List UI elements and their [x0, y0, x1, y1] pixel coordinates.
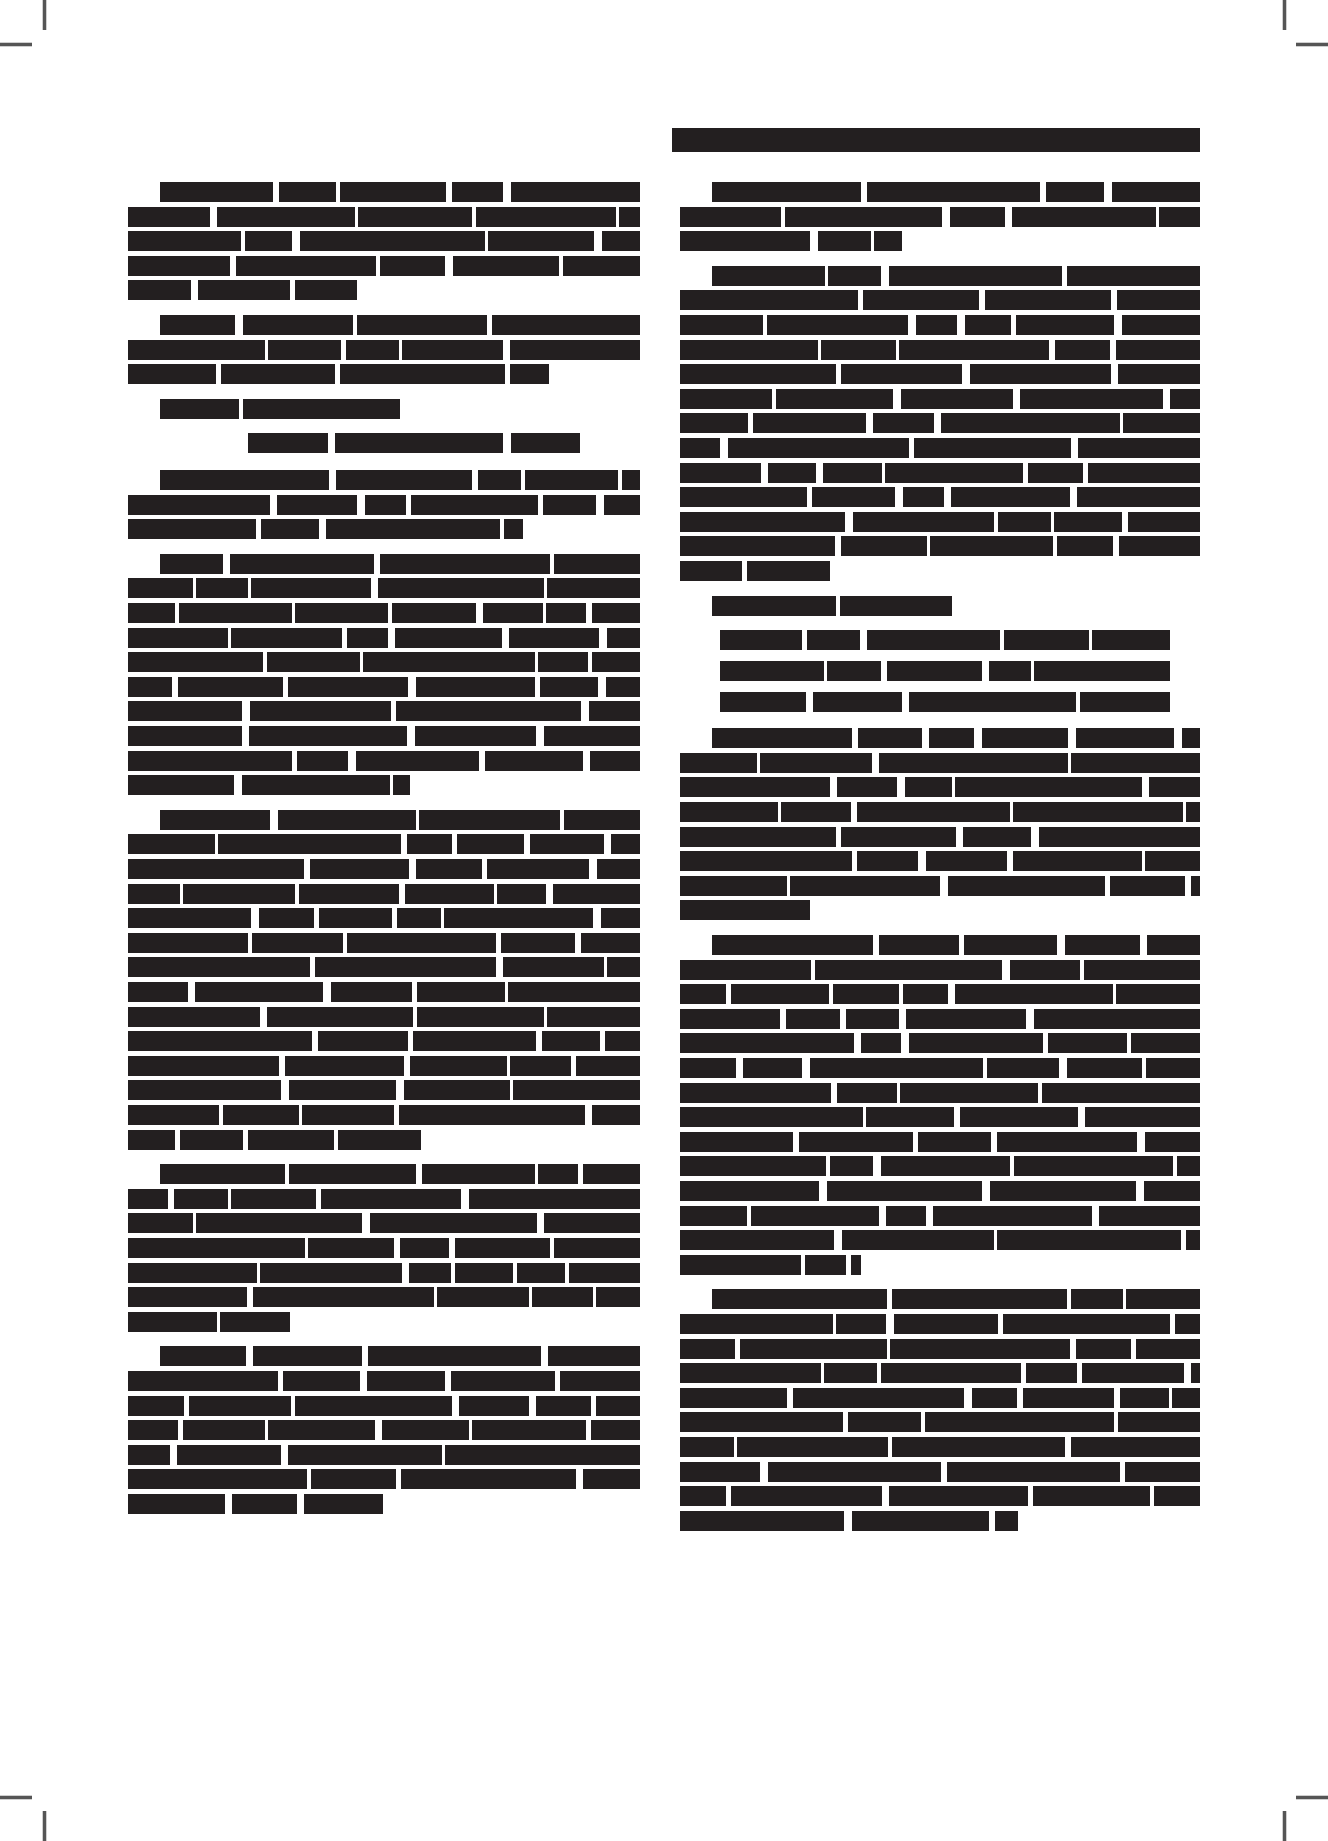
text-line: [128, 519, 523, 539]
document-page: [obscured running header text with page …: [0, 0, 1328, 1841]
text-line: [680, 364, 1200, 384]
text-line: [680, 802, 1200, 822]
text-line: [128, 1396, 640, 1416]
text-line: [680, 561, 830, 581]
text-line: [128, 207, 640, 227]
text-line: [128, 775, 410, 795]
text-line: [680, 960, 1200, 980]
subheading-line: [160, 399, 400, 419]
text-line: [680, 851, 1200, 871]
text-line: [128, 1469, 640, 1489]
text-line: [128, 751, 640, 771]
text-line: [680, 1339, 1200, 1359]
text-line: [128, 578, 640, 598]
text-line: [128, 908, 640, 928]
text-line: [128, 1080, 640, 1100]
text-line: [128, 1130, 421, 1150]
text-line: [128, 1031, 640, 1051]
text-line: [128, 677, 640, 697]
text-line: [128, 1371, 640, 1391]
text-line: [680, 487, 1200, 507]
text-line: [680, 1009, 1200, 1029]
running-header: [obscured running header text with page …: [672, 128, 1200, 152]
text-line: [128, 859, 640, 879]
text-line: [160, 315, 640, 335]
text-line: [712, 935, 1200, 955]
text-line: [680, 876, 1200, 896]
text-line: [680, 413, 1200, 433]
text-line: [680, 340, 1200, 360]
text-line: [128, 256, 640, 276]
text-line: [680, 207, 1200, 227]
text-line: [128, 982, 640, 1002]
text-line: [128, 1263, 640, 1283]
crop-mark-bottom-right-horizontal: [1296, 1795, 1328, 1800]
text-line: [680, 900, 810, 920]
running-header-text: [obscured running header text with page …: [672, 128, 673, 129]
text-line: [128, 726, 640, 746]
text-line: [712, 182, 1200, 202]
text-line: [680, 1132, 1200, 1152]
text-line: [128, 1494, 383, 1514]
text-line: [680, 1437, 1200, 1457]
text-line: [128, 1420, 640, 1440]
text-line: [680, 1462, 1200, 1482]
text-line: [128, 1056, 640, 1076]
text-line: [160, 1164, 640, 1184]
text-line: [128, 933, 640, 953]
text-line: [128, 231, 640, 251]
text-line: [680, 1058, 1200, 1078]
text-line: [128, 628, 640, 648]
text-line: [680, 463, 1200, 483]
text-line: [680, 1083, 1200, 1103]
crop-mark-bottom-left-horizontal: [0, 1795, 32, 1800]
text-line: [128, 884, 640, 904]
equation-line: [720, 661, 1170, 681]
text-line: [680, 1255, 861, 1275]
text-line: [160, 554, 640, 574]
text-line: [680, 753, 1200, 773]
text-line: [680, 1314, 1200, 1334]
text-line: [680, 290, 1200, 310]
text-line: [680, 1107, 1200, 1127]
text-line: [680, 1486, 1200, 1506]
text-line: [680, 1511, 1018, 1531]
crop-mark-top-left-vertical: [42, 0, 47, 30]
text-line: [680, 1388, 1200, 1408]
text-line: [128, 340, 640, 360]
text-line: [680, 827, 1200, 847]
equation-line: [720, 630, 1170, 650]
equation-line: [720, 692, 1170, 712]
text-line: [680, 1230, 1200, 1250]
text-line: [128, 701, 640, 721]
text-line: [128, 1287, 640, 1307]
text-line: [128, 603, 640, 623]
text-line: [680, 231, 902, 251]
text-line: [128, 1238, 640, 1258]
text-line: [680, 777, 1200, 797]
text-line: [128, 1007, 640, 1027]
crop-mark-bottom-right-vertical: [1282, 1811, 1287, 1841]
text-line: [128, 1105, 640, 1125]
text-line: [680, 512, 1200, 532]
text-line: [128, 495, 640, 515]
text-line: [128, 1445, 640, 1465]
crop-mark-bottom-left-vertical: [42, 1811, 47, 1841]
text-line: [128, 1312, 290, 1332]
text-line: [160, 1346, 640, 1366]
text-line: [680, 1412, 1200, 1432]
text-line: [712, 266, 1200, 286]
text-line: [128, 957, 640, 977]
crop-mark-top-left-horizontal: [0, 42, 32, 47]
text-line: [160, 182, 640, 202]
equation-line: [248, 433, 580, 453]
text-line: [680, 1156, 1200, 1176]
text-line: [128, 280, 357, 300]
text-line: [128, 652, 640, 672]
crop-mark-top-right-horizontal: [1296, 42, 1328, 47]
crop-mark-top-right-vertical: [1282, 0, 1287, 30]
text-line: [128, 364, 549, 384]
text-line: [712, 1289, 1200, 1309]
text-line: [680, 1181, 1200, 1201]
text-line: [128, 834, 640, 854]
text-line: [680, 536, 1200, 556]
text-line: [680, 984, 1200, 1004]
subheading-line: [712, 596, 952, 616]
text-line: [680, 1033, 1200, 1053]
text-line: [160, 810, 640, 830]
text-line: [712, 728, 1200, 748]
text-line: [680, 1363, 1200, 1383]
text-line: [680, 389, 1200, 409]
text-line: [128, 1213, 640, 1233]
text-line: [680, 438, 1200, 458]
text-line: [128, 1189, 640, 1209]
text-line: [160, 470, 640, 490]
text-line: [680, 1206, 1200, 1226]
text-line: [680, 315, 1200, 335]
